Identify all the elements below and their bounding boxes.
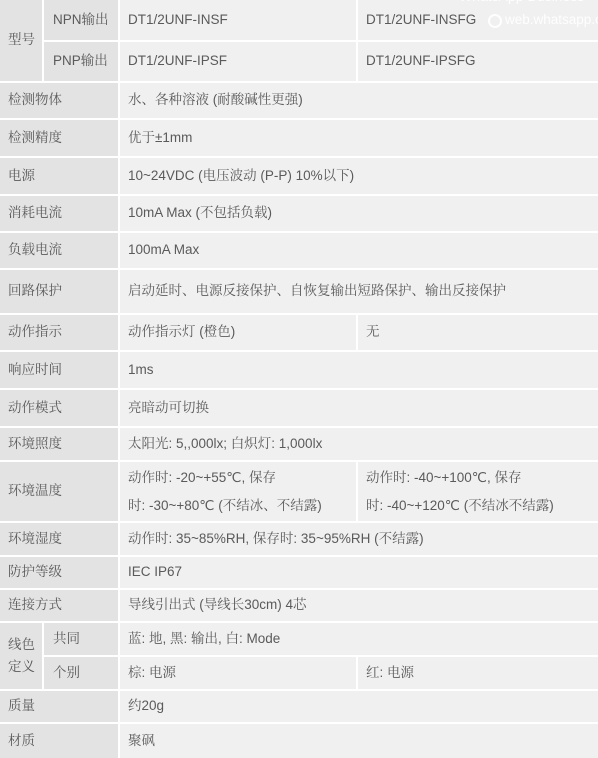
model-npn-value-1: DT1/2UNF-INSF [120, 0, 358, 42]
detect-accuracy-value: 优于±1mm [120, 120, 598, 158]
wire-individual-value-2: 红: 电源 [358, 657, 598, 691]
table-row: 个别 棕: 电源 红: 电源 [0, 657, 598, 691]
operation-mode-value: 亮暗动可切换 [120, 390, 598, 428]
table-row: 型号 NPN输出 DT1/2UNF-INSF DT1/2UNF-INSFG [0, 0, 598, 42]
protection-rating-label: 防护等级 [0, 557, 120, 590]
table-row: 回路保护 启动延时、电源反接保护、自恢复输出短路保护、输出反接保护 [0, 270, 598, 315]
wire-common-value: 蓝: 地, 黑: 输出, 白: Mode [120, 623, 598, 657]
model-pnp-value-2: DT1/2UNF-IPSFG [358, 42, 598, 83]
ambient-temperature-value-2: 动作时: -40~+100℃, 保存 时: -40~+120℃ (不结冰不结露) [358, 462, 598, 523]
weight-label: 质量 [0, 691, 120, 724]
detect-object-label: 检测物体 [0, 83, 120, 120]
table-row: 动作指示 动作指示灯 (橙色) 无 [0, 315, 598, 352]
material-value: 聚砜 [120, 724, 598, 758]
operation-indicator-label: 动作指示 [0, 315, 120, 352]
spec-sheet: 型号 NPN输出 DT1/2UNF-INSF DT1/2UNF-INSFG PN… [0, 0, 598, 758]
wire-individual-label: 个别 [44, 657, 120, 691]
wire-individual-value-1: 棕: 电源 [120, 657, 358, 691]
table-row: 线色 定义 共同 蓝: 地, 黑: 输出, 白: Mode [0, 623, 598, 657]
detect-accuracy-label: 检测精度 [0, 120, 120, 158]
current-consumption-value: 10mA Max (不包括负载) [120, 196, 598, 233]
npn-output-label: NPN输出 [44, 0, 120, 42]
material-label: 材质 [0, 724, 120, 758]
table-row: 检测物体 水、各种溶液 (耐酸碱性更强) [0, 83, 598, 120]
ambient-temperature-value-1: 动作时: -20~+55℃, 保存 时: -30~+80℃ (不结冰、不结露) [120, 462, 358, 523]
table-row: 负载电流 100mA Max [0, 233, 598, 270]
wire-common-label: 共同 [44, 623, 120, 657]
current-consumption-label: 消耗电流 [0, 196, 120, 233]
model-label: 型号 [0, 0, 44, 83]
ambient-light-label: 环境照度 [0, 428, 120, 462]
ambient-temperature-label: 环境温度 [0, 462, 120, 523]
table-row: 响应时间 1ms [0, 352, 598, 390]
operation-indicator-value-1: 动作指示灯 (橙色) [120, 315, 358, 352]
load-current-label: 负载电流 [0, 233, 120, 270]
protection-rating-value: IEC IP67 [120, 557, 598, 590]
weight-value: 约20g [120, 691, 598, 724]
operation-mode-label: 动作模式 [0, 390, 120, 428]
circuit-protection-value: 启动延时、电源反接保护、自恢复输出短路保护、输出反接保护 [120, 270, 598, 315]
table-row: PNP输出 DT1/2UNF-IPSF DT1/2UNF-IPSFG [0, 42, 598, 83]
table-row: 环境照度 太阳光: 5,,000lx; 白炽灯: 1,000lx [0, 428, 598, 462]
detect-object-value: 水、各种溶液 (耐酸碱性更强) [120, 83, 598, 120]
load-current-value: 100mA Max [120, 233, 598, 270]
pnp-output-label: PNP输出 [44, 42, 120, 83]
response-time-label: 响应时间 [0, 352, 120, 390]
table-row: 电源 10~24VDC (电压波动 (P-P) 10%以下) [0, 158, 598, 196]
wire-color-label: 线色 定义 [0, 623, 44, 691]
table-row: 检测精度 优于±1mm [0, 120, 598, 158]
connection-type-label: 连接方式 [0, 590, 120, 623]
model-npn-value-2: DT1/2UNF-INSFG [358, 0, 598, 42]
table-row: 防护等级 IEC IP67 [0, 557, 598, 590]
table-row: 材质 聚砜 [0, 724, 598, 758]
table-row: 动作模式 亮暗动可切换 [0, 390, 598, 428]
model-pnp-value-1: DT1/2UNF-IPSF [120, 42, 358, 83]
circuit-protection-label: 回路保护 [0, 270, 120, 315]
table-row: 连接方式 导线引出式 (导线长30cm) 4芯 [0, 590, 598, 623]
connection-type-value: 导线引出式 (导线长30cm) 4芯 [120, 590, 598, 623]
power-label: 电源 [0, 158, 120, 196]
ambient-light-value: 太阳光: 5,,000lx; 白炽灯: 1,000lx [120, 428, 598, 462]
spec-table: 型号 NPN输出 DT1/2UNF-INSF DT1/2UNF-INSFG PN… [0, 0, 598, 758]
ambient-humidity-value: 动作时: 35~85%RH, 保存时: 35~95%RH (不结露) [120, 523, 598, 557]
table-row: 环境湿度 动作时: 35~85%RH, 保存时: 35~95%RH (不结露) [0, 523, 598, 557]
ambient-humidity-label: 环境湿度 [0, 523, 120, 557]
table-row: 质量 约20g [0, 691, 598, 724]
table-row: 环境温度 动作时: -20~+55℃, 保存 时: -30~+80℃ (不结冰、… [0, 462, 598, 523]
operation-indicator-value-2: 无 [358, 315, 598, 352]
table-row: 消耗电流 10mA Max (不包括负载) [0, 196, 598, 233]
response-time-value: 1ms [120, 352, 598, 390]
power-value: 10~24VDC (电压波动 (P-P) 10%以下) [120, 158, 598, 196]
